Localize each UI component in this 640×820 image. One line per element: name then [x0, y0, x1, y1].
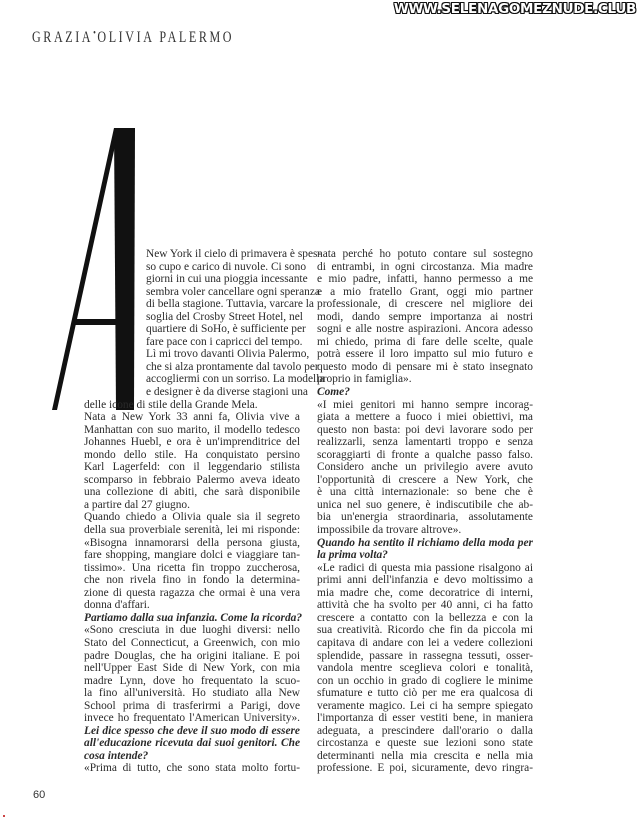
interview-question-line: Partiamo dalla sua infanzia. Come la ric…: [84, 612, 300, 625]
body-text-line: fare pace con i capricci del tempo.: [84, 336, 300, 349]
body-text-line: unica nel suo genere, è indiscutibile ch…: [317, 499, 533, 512]
body-text-line: giorni in cui una pioggia incessante: [84, 273, 300, 286]
body-text-line: mi chiedo, prima di fare delle scelte, q…: [317, 336, 533, 349]
body-text-line: «Le radici di questa mia passione risalg…: [317, 562, 533, 575]
body-text-line: e designer è da diverse stagioni una: [84, 386, 300, 399]
body-text-line: Quando chiedo a Olivia quale sia il segr…: [84, 511, 300, 524]
body-text-line: professionale, di crescere nel migliore …: [317, 298, 533, 311]
body-text-line: sembra voler cancellare ogni speranza: [84, 286, 300, 299]
body-text-line: potrà essere il loro impatto sul mio fut…: [317, 348, 533, 361]
body-text-line: «I miei genitori mi hanno sempre incorag…: [317, 399, 533, 412]
body-text-line: nata perché ho potuto contare sul sosteg…: [317, 248, 533, 261]
watermark-text: WWW.SELENAGOMEZNUDE.CLUB: [394, 1, 636, 17]
magazine-name: GRAZIA: [32, 29, 93, 46]
body-text-line: splendide, passare in rassegna tessuti, …: [317, 650, 533, 663]
body-text-line: delle icone di stile della Grande Mela.: [84, 399, 300, 412]
body-text-line: la fino all'università. Ho studiato alla…: [84, 687, 300, 700]
body-text-line: professione. E poi, sicuramente, devo ri…: [317, 762, 533, 775]
article-subject: OLIVIA PALERMO: [97, 29, 234, 46]
body-text-line: Johannes Huebl, e ora è un'imprenditrice…: [84, 436, 300, 449]
body-text-line: zione di questa ragazza che ormai è una …: [84, 587, 300, 600]
body-text-line: proprio in famiglia».: [317, 373, 533, 386]
body-text-line: fare shopping, mangiare dolci e viaggiar…: [84, 549, 300, 562]
corner-mark: [3, 815, 5, 817]
body-text-line: impossibile da trovare altrove».: [317, 524, 533, 537]
body-text-line: Karl Lagerfeld: con il leggendario stili…: [84, 461, 300, 474]
body-text-line: sfumature e tutto ciò per me era qualcos…: [317, 687, 533, 700]
body-text-line: determinanti nella mia crescita e nella …: [317, 750, 533, 763]
body-text-line: «Bisogna innamorarsi della persona giust…: [84, 537, 300, 550]
body-text-line: vandola mentre sceglieva colori e tonali…: [317, 662, 533, 675]
interview-question-line: Lei dice spesso che deve il suo modo di …: [84, 725, 300, 738]
body-text-line: giata a mettere a fuoco i miei obiettivi…: [317, 411, 533, 424]
body-text-line: una collezione di abiti, che sarà dispon…: [84, 486, 300, 499]
body-text-line: quartiere di SoHo, è sufficiente per: [84, 323, 300, 336]
body-text-line: donna d'affari.: [84, 599, 300, 612]
body-text-line: «Sono cresciuta in due luoghi diversi: n…: [84, 624, 300, 637]
article-column-right: nata perché ho potuto contare sul sosteg…: [317, 248, 533, 775]
body-text-line: di entrambi, in ogni circostanza. Mia ma…: [317, 261, 533, 274]
body-text-line: che non rivela fino in fondo la determin…: [84, 574, 300, 587]
body-text-line: nell'Upper East Side di New York, con mi…: [84, 662, 300, 675]
body-text-line: bia un'energia straordinaria, assolutame…: [317, 511, 533, 524]
interview-question-line: Come?: [317, 386, 533, 399]
body-text-line: Lì mi trovo davanti Olivia Palermo,: [84, 348, 300, 361]
body-text-line: veramente magico. Lei ci ha sempre spieg…: [317, 700, 533, 713]
body-text-line: madre Lynn, dove ho frequentato la scuo-: [84, 675, 300, 688]
body-text-line: di bella stagione. Tuttavia, varcare la: [84, 298, 300, 311]
interview-question-line: all'educazione ricevuta dai suoi genitor…: [84, 737, 300, 750]
body-text-line: invece ho frequentato l'American Univers…: [84, 712, 300, 725]
body-text-line: tissimo». Una ricetta fin troppo zuccher…: [84, 562, 300, 575]
body-text-line: è una città internazionale: so bene che …: [317, 486, 533, 499]
page-header: GRAZIA•OLIVIA PALERMO: [32, 28, 234, 47]
body-text-line: e a mio fratello Grant, oggi mio partner: [317, 286, 533, 299]
body-text-line: con un occhio in grado di cogliere le mi…: [317, 675, 533, 688]
body-text-line: mia madre che, come decoratrice di inter…: [317, 587, 533, 600]
body-text-line: adeguata, a prescindere dall'orario o da…: [317, 725, 533, 738]
page-number: 60: [33, 789, 45, 801]
body-text-line: «Prima di tutto, che sono stata molto fo…: [84, 762, 300, 775]
body-text-line: primi anni dell'infanzia e devo moltissi…: [317, 574, 533, 587]
body-text-line: Stato del Connecticut, a Greenwich, con …: [84, 637, 300, 650]
body-text-line: so cupo e carico di nuvole. Ci sono: [84, 261, 300, 274]
body-text-line: circostanza e queste sue lezioni sono st…: [317, 737, 533, 750]
body-text-line: capitava di andare con lei a vedere coll…: [317, 637, 533, 650]
body-text-line: Nata a New York 33 anni fa, Olivia vive …: [84, 411, 300, 424]
body-text-line: crescere a contatto con la bellezza e co…: [317, 612, 533, 625]
body-text-line: soglia del Crosby Street Hotel, nel: [84, 311, 300, 324]
body-text-line: e mio padre, infatti, hanno permesso a m…: [317, 273, 533, 286]
body-text-line: Manhattan con suo marito, il modello ted…: [84, 424, 300, 437]
body-text-line: modi, dando sempre importanza ai nostri: [317, 311, 533, 324]
body-text-line: Considero anche un privilegio avere avut…: [317, 461, 533, 474]
body-text-line: padre Douglas, che ha origini italiane. …: [84, 650, 300, 663]
body-text-line: questo modo di pensare mi è stato insegn…: [317, 361, 533, 374]
body-text-line: sua creatività. Ricordo che fin da picco…: [317, 624, 533, 637]
body-text-line: l'opportunità di crescere a New York, ch…: [317, 474, 533, 487]
body-text-line: questo non basta: poi devi lavorare sodo…: [317, 424, 533, 437]
interview-question-line: cosa intende?: [84, 750, 300, 763]
interview-question-line: la prima volta?: [317, 549, 533, 562]
body-text-line: attività che ha svolto per 40 anni, ci h…: [317, 599, 533, 612]
body-text-line: l'importanza di esser vestiti bene, in m…: [317, 712, 533, 725]
interview-question-line: Quando ha sentito il richiamo della moda…: [317, 537, 533, 550]
body-text-line: scoraggiarti di fronte a qualche passo f…: [317, 449, 533, 462]
body-text-line: scomparso in febbraio Palermo aveva idea…: [84, 474, 300, 487]
body-text-line: che si alza prontamente dal tavolo per: [84, 361, 300, 374]
body-text-line: sogni e alle nostre aspirazioni. Ancora …: [317, 323, 533, 336]
body-text-line: New York il cielo di primavera è spes-: [84, 248, 300, 261]
body-text-line: mondo dello stile. Ha conquistato persin…: [84, 449, 300, 462]
body-text-line: School prima di trasferirmi a Parigi, do…: [84, 700, 300, 713]
body-text-line: accogliermi con un sorriso. La modella: [84, 373, 300, 386]
body-text-line: a partire dal 27 giugno.: [84, 499, 300, 512]
article-column-left: New York il cielo di primavera è spes-so…: [84, 248, 300, 775]
body-text-line: della sua proverbiale serenità, lei mi r…: [84, 524, 300, 537]
body-text-line: realizzarli, senza lamentarti troppo e s…: [317, 436, 533, 449]
